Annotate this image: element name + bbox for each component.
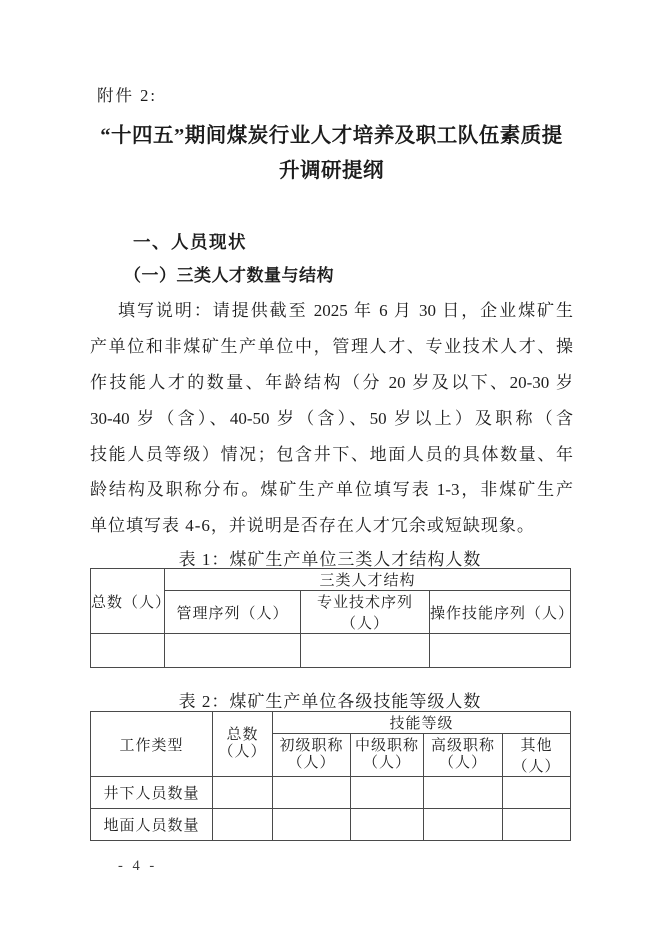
table2-empty-cell [503, 777, 571, 809]
table1-talent-structure: 总数（人） 三类人才结构 管理序列（人） 专业技术序列（人） 操作技能序列（人） [90, 568, 571, 668]
table2-column-header: 中级职称 （人） [351, 734, 424, 777]
table2-row-header: 井下人员数量 [91, 777, 213, 809]
table1-column-header: 管理序列（人） [165, 591, 301, 634]
paragraph-line: 产单位和非煤矿生产单位中，管理人才、专业技术人才、操 [90, 329, 573, 365]
table2-empty-cell [351, 777, 424, 809]
table1-empty-cell [301, 634, 430, 668]
document-title-line-1: “十四五”期间煤炭行业人才培养及职工队伍素质提 [90, 119, 573, 154]
paragraph-line: 龄结构及职称分布。煤矿生产单位填写表 1-3，非煤矿生产 [90, 472, 573, 508]
table1-empty-cell [91, 634, 165, 668]
table2-empty-cell [213, 777, 273, 809]
paragraph-line: 技能人员等级）情况；包含井下、地面人员的具体数量、年 [90, 437, 573, 473]
document-page: 附件 2: “十四五”期间煤炭行业人才培养及职工队伍素质提 升调研提纲 一、人员… [0, 0, 660, 937]
page-number: - 4 - [118, 858, 157, 875]
paragraph-line: 作技能人才的数量、年龄结构（分 20 岁及以下、20-30 岁（含）、 [90, 365, 573, 401]
table2-empty-cell [273, 809, 351, 841]
table2-col-total: 总数 （人） [213, 712, 273, 777]
table1-empty-cell [430, 634, 571, 668]
instruction-paragraph: 填写说明：请提供截至 2025 年 6 月 30 日，企业煤矿生 产单位和非煤矿… [90, 293, 573, 544]
table2-column-header: 其他（人） [503, 734, 571, 777]
table1-column-header: 操作技能序列（人） [430, 591, 571, 634]
table2-caption: 表 2：煤矿生产单位各级技能等级人数 [90, 687, 570, 712]
paragraph-line: 单位填写表 4-6，并说明是否存在人才冗余或短缺现象。 [90, 508, 573, 544]
paragraph-line: 30-40 岁（含）、40-50 岁（含）、50 岁以上）及职称（含 [90, 401, 573, 437]
table2-col-work-type: 工作类型 [91, 712, 213, 777]
table2-empty-cell [213, 809, 273, 841]
table1-empty-cell [165, 634, 301, 668]
table1-group-header: 三类人才结构 [165, 569, 571, 591]
table2-group-header: 技能等级 [273, 712, 571, 734]
table2-empty-cell [351, 809, 424, 841]
table2-row-header: 地面人员数量 [91, 809, 213, 841]
table2-empty-cell [424, 777, 503, 809]
table2-empty-cell [503, 809, 571, 841]
table2-column-header: 高级职称 （人） [424, 734, 503, 777]
document-title-line-2: 升调研提纲 [90, 154, 573, 189]
table2-skill-levels: 工作类型 总数 （人） 技能等级 初级职称 （人） 中级职称 （人） 高级职称 … [90, 711, 571, 841]
paragraph-line: 填写说明：请提供截至 2025 年 6 月 30 日，企业煤矿生 [90, 293, 573, 329]
table2-empty-cell [424, 809, 503, 841]
table2-empty-cell [273, 777, 351, 809]
subsection-heading: （一）三类人才数量与结构 [124, 261, 334, 286]
table1-row-header-total: 总数（人） [91, 569, 165, 634]
document-title: “十四五”期间煤炭行业人才培养及职工队伍素质提 升调研提纲 [90, 119, 573, 189]
table2-column-header: 初级职称 （人） [273, 734, 351, 777]
table1-caption: 表 1：煤矿生产单位三类人才结构人数 [90, 545, 570, 570]
attachment-label: 附件 2: [97, 82, 157, 106]
section-heading: 一、人员现状 [133, 229, 247, 254]
table1-column-header: 专业技术序列（人） [301, 591, 430, 634]
